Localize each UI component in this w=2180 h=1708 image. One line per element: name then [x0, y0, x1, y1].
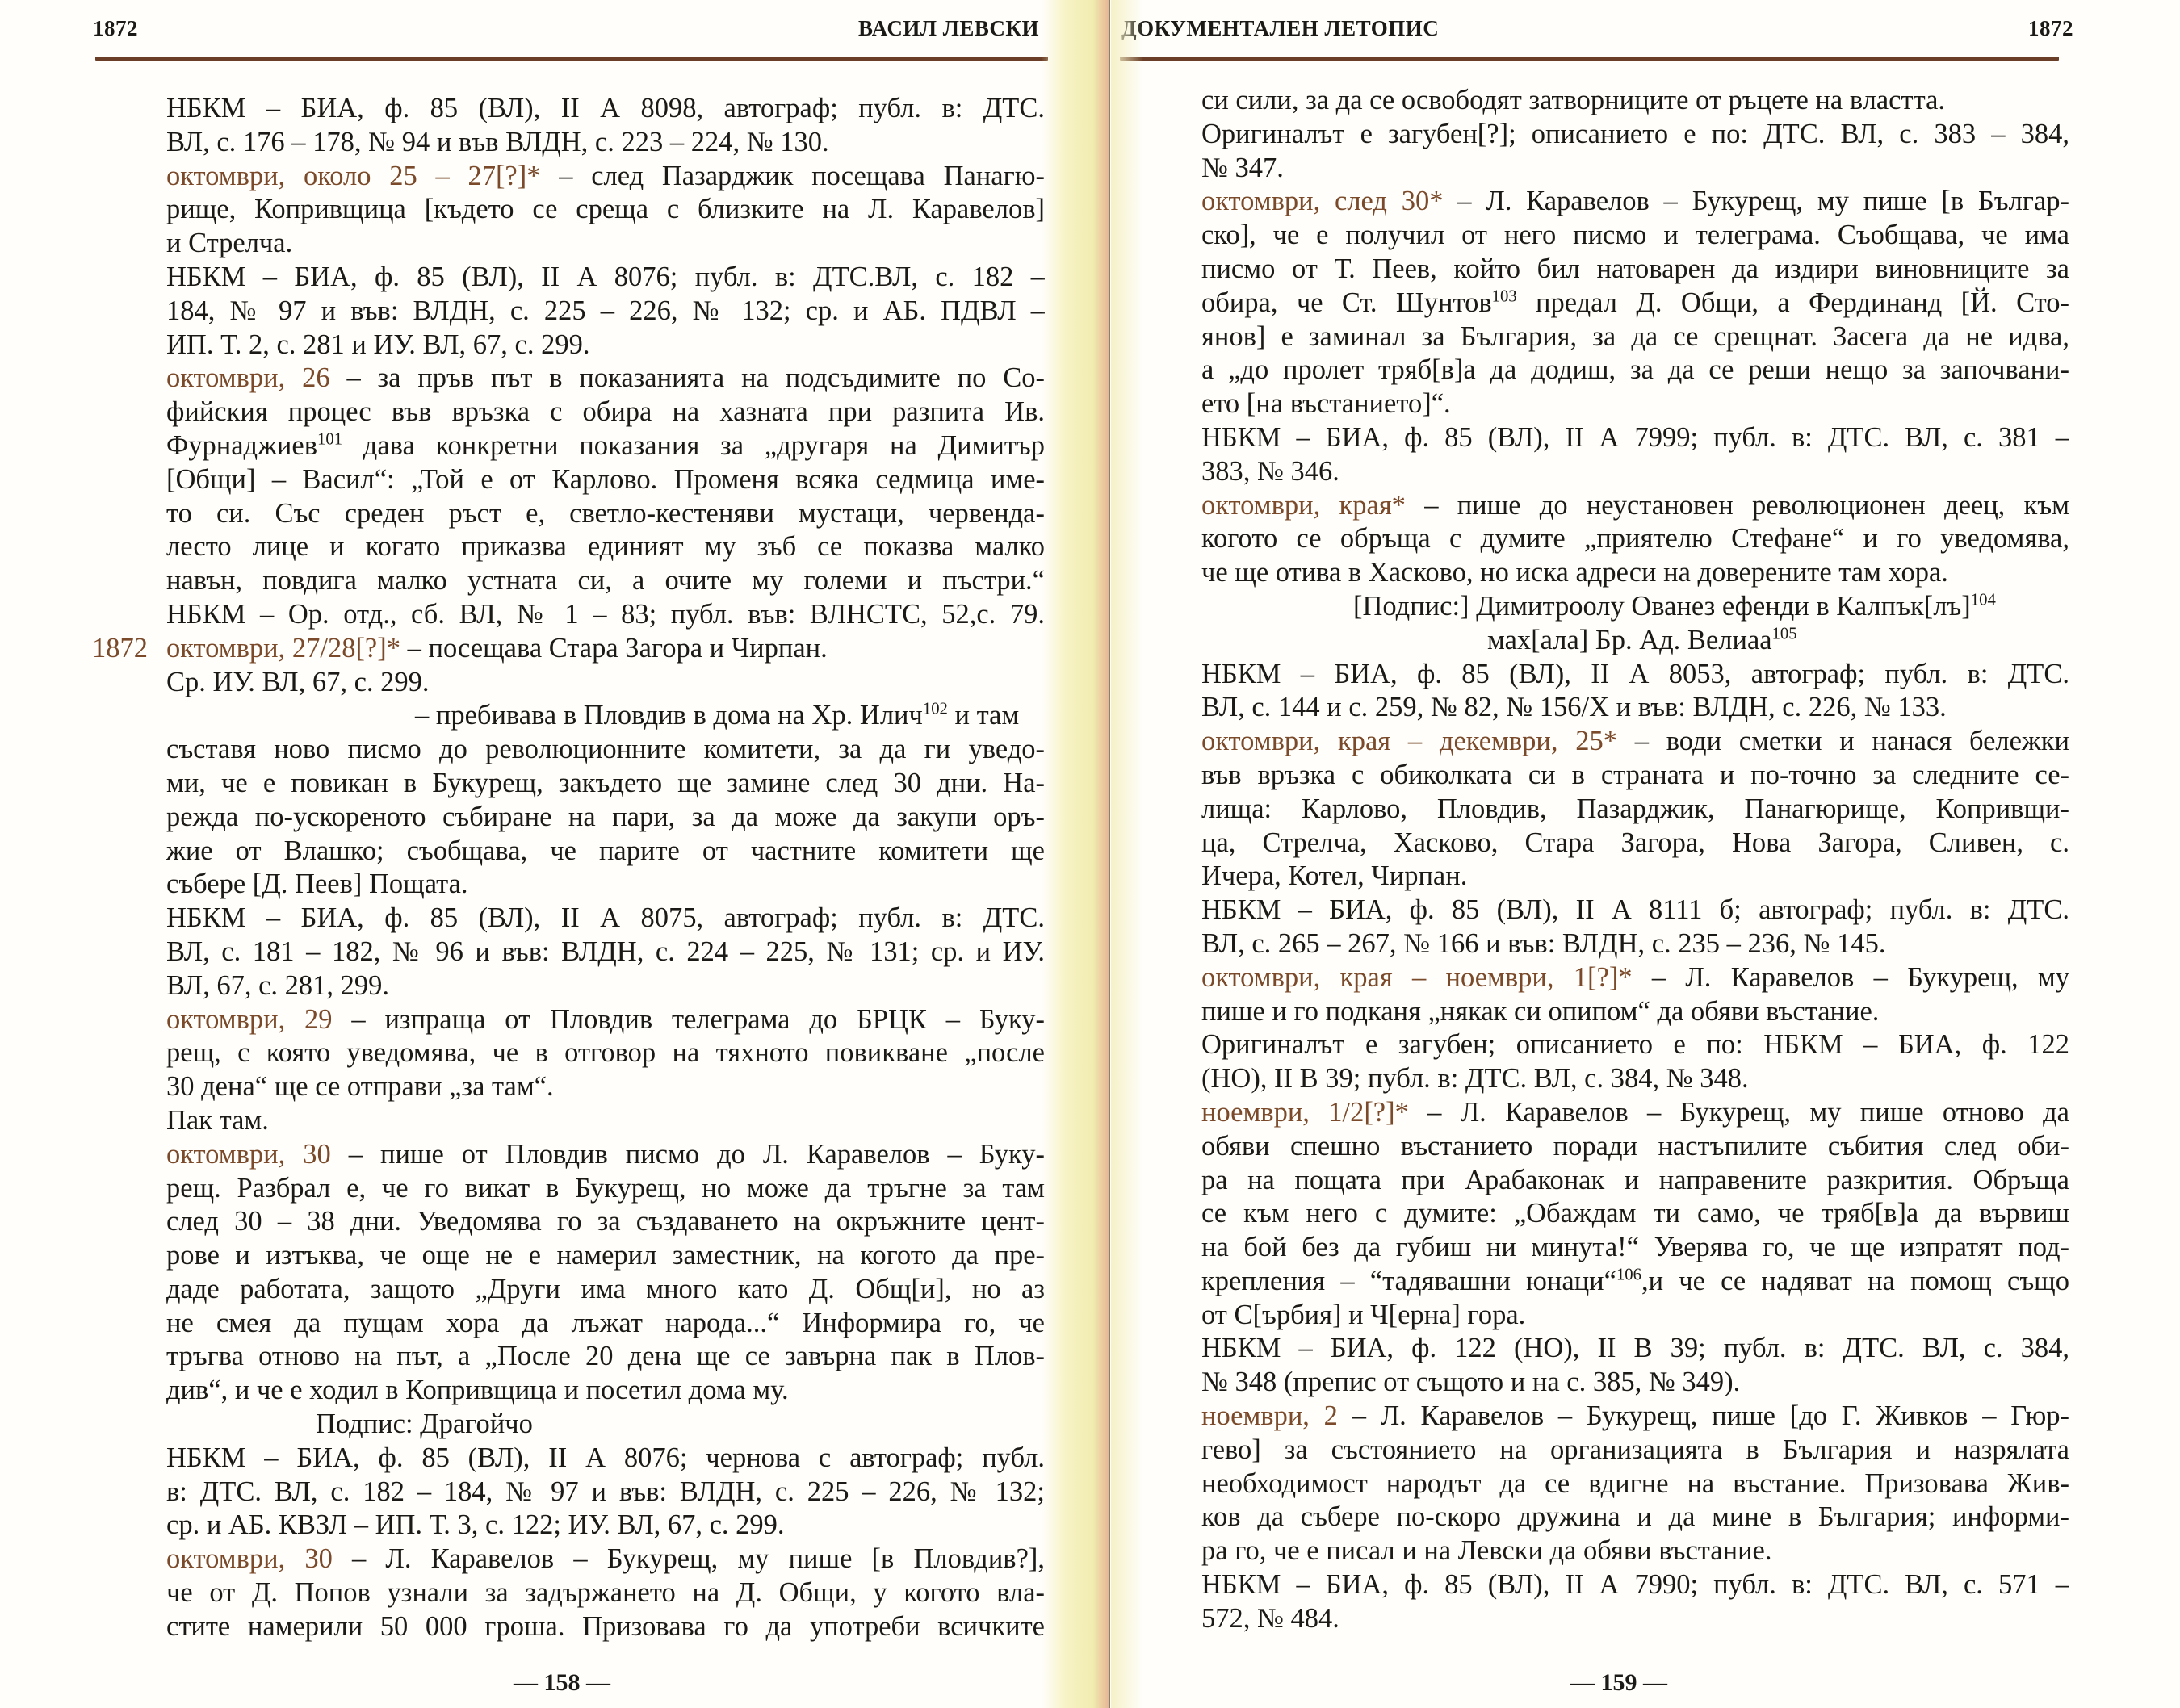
line-text: обяви спешно въстанието поради настъпили…	[1201, 1131, 2069, 1162]
text-line: гево] за състоянието на организацията в …	[1201, 1434, 2069, 1467]
line-text: че от Д. Попов узнали за задържането на …	[166, 1577, 1045, 1608]
line-text: след 30 – 38 дни. Уведомява го за създав…	[166, 1206, 1045, 1237]
line-text: стите намерили 50 000 гроша. Призовава г…	[166, 1611, 1045, 1642]
line-text: Пак там.	[166, 1105, 269, 1136]
entry-date: октомври, края*	[1201, 490, 1406, 521]
line-text: крепления – “тадявашни юнаци“	[1201, 1266, 1616, 1296]
line-text: (НО), II В 39; публ. в: ДТС. ВЛ, с. 384,…	[1201, 1063, 1749, 1094]
header-rule	[95, 57, 1048, 61]
line-text: даде работата, защото „Други има много к…	[166, 1274, 1045, 1304]
text-line: [Общи] – Васил“: „Той е от Карлово. Пром…	[166, 463, 1045, 497]
line-text: фийския процес във връзка с обира на хаз…	[166, 396, 1045, 427]
line-text: НБКМ – БИА, ф. 85 (ВЛ), II А 8053, автог…	[1201, 659, 2069, 689]
left-body-text: НБКМ – БИА, ф. 85 (ВЛ), II А 8098, автог…	[166, 92, 1045, 1644]
footnote-ref: 103	[1492, 287, 1517, 305]
line-text: ср. и АБ. КВЗЛ – ИП. Т. 3, с. 122; ИУ. В…	[166, 1509, 785, 1540]
line-text: рове и изтъква, че още не е намерил заме…	[166, 1240, 1045, 1271]
line-text: писмо от Т. Пеев, който бил натоварен да…	[1201, 253, 2069, 284]
line-text: Подпис: Драгойчо	[316, 1409, 533, 1439]
text-line: ми, че е повикан в Букурещ, закъдето ще …	[166, 767, 1045, 801]
text-line: НБКМ – Ор. отд., сб. ВЛ, № 1 – 83; публ.…	[166, 598, 1045, 632]
text-line: съставя ново писмо до революционните ком…	[166, 733, 1045, 767]
text-line: събере [Д. Пеев] Пощата.	[166, 868, 1045, 902]
line-text: необходимост народът да се вдигне на въс…	[1201, 1468, 2069, 1499]
text-line: писмо от Т. Пеев, който бил натоварен да…	[1201, 253, 2069, 287]
text-line: тръгва отново на път, а „После 20 дена щ…	[166, 1340, 1045, 1374]
text-line: ИП. Т. 2, с. 281 и ИУ. ВЛ, 67, с. 299.	[166, 329, 1045, 362]
line-text: лесто лице и когато приказва единият му …	[166, 531, 1045, 562]
line-text: – посещава Стара Загора и Чирпан.	[400, 633, 828, 664]
text-line: навън, повдига малко устната си, а очите…	[166, 564, 1045, 598]
header-rule	[1120, 57, 2059, 61]
text-line: на бой без да губиш ни минута!“ Уверява …	[1201, 1231, 2069, 1265]
chronicle-entry-start: 1872октомври, около 25 – 27[?]* – след П…	[166, 160, 1045, 194]
text-line: НБКМ – БИА, ф. 85 (ВЛ), II А 8076; черно…	[166, 1442, 1045, 1476]
line-text: ВЛ, с. 265 – 267, № 166 и във: ВЛДН, с. …	[1201, 928, 1885, 959]
line-text: Ср. ИУ. ВЛ, 67, с. 299.	[166, 667, 430, 697]
text-line: си сили, за да се освободят затворниците…	[1201, 84, 2069, 118]
line-text: ето [на въстанието]“.	[1201, 388, 1451, 419]
text-line: от С[ърбия] и Ч[ерна] гора.	[1201, 1299, 2069, 1333]
entry-year: 1872	[92, 632, 148, 666]
line-text: 572, № 484.	[1201, 1603, 1339, 1634]
line-text: НБКМ – БИА, ф. 85 (ВЛ), II А 7990; публ.…	[1201, 1569, 2069, 1600]
line-text: – води сметки и нанася бележки	[1617, 726, 2069, 756]
text-line: ср. и АБ. КВЗЛ – ИП. Т. 3, с. 122; ИУ. В…	[166, 1509, 1045, 1543]
text-line: се към него с думите: „Обаждам ти само, …	[1201, 1197, 2069, 1231]
text-line: НБКМ – БИА, ф. 85 (ВЛ), II А 7999; публ.…	[1201, 421, 2069, 455]
line-text: ра го, че е писал и на Левски да обяви в…	[1201, 1535, 1771, 1566]
footnote-ref: 106	[1616, 1266, 1641, 1283]
text-line: след 30 – 38 дни. Уведомява го за създав…	[166, 1205, 1045, 1239]
line-text: № 347.	[1201, 153, 1284, 183]
line-text: рещ. Разбрал е, че го викат в Букурещ, н…	[166, 1173, 1045, 1204]
text-line: обяви спешно въстанието поради настъпили…	[1201, 1130, 2069, 1164]
chronicle-entry-start: 1872октомври, 26 – за пръв път в показан…	[166, 362, 1045, 396]
line-text: Ичера, Котел, Чирпан.	[1201, 860, 1467, 891]
line-text: 30 дена“ ще се отправи „за там“.	[166, 1071, 554, 1102]
line-text: НБКМ – БИА, ф. 85 (ВЛ), II А 8098, автог…	[166, 93, 1045, 123]
line-text: [Общи] – Васил“: „Той е от Карлово. Пром…	[166, 464, 1045, 495]
entry-date: октомври, 30	[166, 1543, 333, 1574]
line-text: ВЛ, 67, с. 281, 299.	[166, 970, 389, 1001]
text-line: НБКМ – БИА, ф. 85 (ВЛ), II А 8053, автог…	[1201, 658, 2069, 692]
line-text: на бой без да губиш ни минута!“ Уверява …	[1201, 1232, 2069, 1262]
line-text: НБКМ – БИА, ф. 85 (ВЛ), II А 8075, автог…	[166, 902, 1045, 933]
chronicle-entry-start: 1872октомври, 27/28[?]* – посещава Стара…	[166, 632, 1045, 666]
text-line: Фурнаджиев101 дава конкретни показания з…	[166, 429, 1045, 463]
line-text: НБКМ – БИА, ф. 85 (ВЛ), II А 7999; публ.…	[1201, 422, 2069, 453]
line-text: и там	[948, 700, 1019, 731]
line-text: съставя ново писмо до революционните ком…	[166, 734, 1045, 764]
entry-date: октомври, края – ноември, 1[?]*	[1201, 962, 1633, 993]
line-text: – пише до неустановен революционен деец,…	[1406, 490, 2069, 521]
text-line: пише и го подканя „някак си опипом“ да о…	[1201, 995, 2069, 1029]
text-line: 184, № 97 и във: ВЛДН, с. 225 – 226, № 1…	[166, 295, 1045, 329]
line-text: – за пръв път в показанията на подсъдими…	[330, 362, 1045, 393]
entry-date: октомври, 29	[166, 1004, 333, 1035]
text-line: лесто лице и когато приказва единият му …	[166, 530, 1045, 564]
gutter-shadow	[1042, 0, 1110, 1708]
line-text: предал Д. Общи, а Фердинанд [Й. Сто-	[1517, 287, 2069, 318]
entry-date: октомври, 26	[166, 362, 330, 393]
text-line: – пребивава в Пловдив в дома на Хр. Илич…	[166, 699, 1045, 733]
line-text: мах[ала] Бр. Ад. Велиаа	[1487, 625, 1772, 655]
chronicle-entry-start: 1872ноември, 1/2[?]* – Л. Каравелов – Бу…	[1201, 1096, 2069, 1130]
running-head-title: ВАСИЛ ЛЕВСКИ	[858, 16, 1039, 41]
text-line: ВЛ, с. 176 – 178, № 94 и във ВЛДН, с. 22…	[166, 126, 1045, 160]
text-line: фийския процес във връзка с обира на хаз…	[166, 396, 1045, 429]
line-text: НБКМ – БИА, ф. 85 (ВЛ), II А 8076; черно…	[166, 1442, 1045, 1473]
text-line: ско], че е получил от него писмо и телег…	[1201, 219, 2069, 253]
page-number: — 158 —	[514, 1669, 610, 1697]
page-159: ДОКУМЕНТАЛЕН ЛЕТОПИС 1872 си сили, за да…	[1110, 0, 2180, 1708]
text-line: в: ДТС. ВЛ, с. 182 – 184, № 97 и във: ВЛ…	[166, 1476, 1045, 1509]
text-line: янов] е заминал за България, за да се ср…	[1201, 320, 2069, 354]
text-line: ето [на въстанието]“.	[1201, 387, 2069, 421]
text-line: то си. Със среден ръст е, светло-кестеня…	[166, 497, 1045, 531]
line-text: ВЛ, с. 176 – 178, № 94 и във ВЛДН, с. 22…	[166, 127, 829, 157]
text-line: стите намерили 50 000 гроша. Призовава г…	[166, 1610, 1045, 1644]
line-text: ков да събере по-скоро дружина и да мине…	[1201, 1501, 2069, 1532]
entry-date: октомври, 27/28[?]*	[166, 633, 400, 664]
footnote-ref: 104	[1971, 591, 1996, 609]
entry-date: октомври, края – декември, 25*	[1201, 726, 1617, 756]
text-line: а „до пролет тряб[в]а да додиш, за да се…	[1201, 354, 2069, 387]
line-text: ВЛ, с. 144 и с. 259, № 82, № 156/X и във…	[1201, 692, 1947, 722]
line-text: 383, № 346.	[1201, 456, 1339, 487]
gutter-shadow-right	[1111, 0, 1143, 1708]
entry-date: ноември, 1/2[?]*	[1201, 1097, 1409, 1128]
line-text: – пребивава в Пловдив в дома на Хр. Илич	[415, 700, 923, 731]
text-line: НБКМ – БИА, ф. 85 (ВЛ), II А 8076; публ.…	[166, 261, 1045, 295]
line-text: НБКМ – БИА, ф. 85 (ВЛ), II А 8076; публ.…	[166, 262, 1045, 292]
text-line: НБКМ – БИА, ф. 85 (ВЛ), II А 8111 б; авт…	[1201, 894, 2069, 927]
text-line: Подпис: Драгойчо	[166, 1408, 1045, 1442]
line-text: от С[ърбия] и Ч[ерна] гора.	[1201, 1300, 1525, 1330]
chronicle-entry-start: 1872октомври, след 30* – Л. Каравелов – …	[1201, 185, 2069, 219]
line-text: че ще отива в Хасково, но иска адреси на…	[1201, 557, 1948, 588]
entry-date: октомври, след 30*	[1201, 186, 1444, 216]
line-text: НБКМ – БИА, ф. 122 (НО), II В 39; публ. …	[1201, 1333, 2069, 1363]
chronicle-entry-start: 1872ноември, 2 – Л. Каравелов – Букурещ,…	[1201, 1400, 2069, 1434]
text-line: (НО), II В 39; публ. в: ДТС. ВЛ, с. 384,…	[1201, 1062, 2069, 1096]
line-text: див“, и че е ходил в Копривщица и посети…	[166, 1375, 789, 1405]
text-line: 572, № 484.	[1201, 1602, 2069, 1636]
text-line: Пак там.	[166, 1104, 1045, 1138]
text-line: ВЛ, 67, с. 281, 299.	[166, 969, 1045, 1003]
text-line: № 347.	[1201, 152, 2069, 186]
line-text: жие от Влашко; съобщава, че парите от ча…	[166, 835, 1045, 866]
text-line: Оригиналът е загубен; описанието е по: Н…	[1201, 1028, 2069, 1062]
entry-date: октомври, 30	[166, 1139, 331, 1170]
line-text: то си. Със среден ръст е, светло-кестеня…	[166, 498, 1045, 529]
text-line: мах[ала] Бр. Ад. Велиаа105	[1201, 624, 2069, 658]
text-line: необходимост народът да се вдигне на въс…	[1201, 1467, 2069, 1501]
running-head-title: ДОКУМЕНТАЛЕН ЛЕТОПИС	[1121, 16, 1439, 41]
line-text: събере [Д. Пеев] Пощата.	[166, 869, 468, 899]
line-text: а „до пролет тряб[в]а да додиш, за да се…	[1201, 354, 2069, 385]
line-text: рещ, с която уведомява, че в отговор на …	[166, 1037, 1045, 1068]
line-text: – пише от Пловдив писмо до Л. Каравелов …	[331, 1139, 1045, 1170]
text-line: рище, Копривщица [където се среща с близ…	[166, 193, 1045, 227]
text-line: лища: Карлово, Пловдив, Пазарджик, Панаг…	[1201, 793, 2069, 827]
line-text: тръгва отново на път, а „После 20 дена щ…	[166, 1341, 1045, 1371]
line-text: във връзка с обиколката си в страната и …	[1201, 760, 2069, 790]
text-line: жие от Влашко; съобщава, че парите от ча…	[166, 835, 1045, 869]
text-line: ра на пощата при Арабаконак и направенит…	[1201, 1164, 2069, 1198]
line-text: НБКМ – Ор. отд., сб. ВЛ, № 1 – 83; публ.…	[166, 599, 1045, 630]
line-text: ,и че се надяват на помощ също	[1641, 1266, 2069, 1296]
text-line: когото се обръща с думите „приятелю Стеф…	[1201, 522, 2069, 556]
text-line: 30 дена“ ще се отправи „за там“.	[166, 1070, 1045, 1104]
chronicle-entry-start: 1872октомври, края – декември, 25* – вод…	[1201, 725, 2069, 759]
line-text: – Л. Каравелов – Букурещ, пише [до Г. Жи…	[1338, 1400, 2069, 1431]
line-text: – Л. Каравелов – Букурещ, му пише отново…	[1409, 1097, 2069, 1128]
line-text: дава конкретни показания за „другаря на …	[342, 430, 1045, 461]
line-text: не смея да пущам хора да лъжат народа...…	[166, 1308, 1045, 1338]
line-text: гево] за състоянието на организацията в …	[1201, 1434, 2069, 1465]
line-text: ра на пощата при Арабаконак и направенит…	[1201, 1165, 2069, 1195]
footnote-ref: 101	[317, 430, 342, 448]
line-text: – изпраща от Пловдив телеграма до БРЦК –…	[333, 1004, 1045, 1035]
chronicle-entry-start: 1872октомври, 29 – изпраща от Пловдив те…	[166, 1003, 1045, 1037]
line-text: Оригиналът е загубен[?]; описанието е по…	[1201, 119, 2069, 149]
chronicle-entry-start: 1872октомври, 30 – Л. Каравелов – Букуре…	[166, 1543, 1045, 1576]
text-line: Ичера, Котел, Чирпан.	[1201, 860, 2069, 894]
text-line: че от Д. Попов узнали за задържането на …	[166, 1576, 1045, 1610]
line-text: Фурнаджиев	[166, 430, 317, 461]
footnote-ref: 102	[923, 701, 948, 718]
line-text: – Л. Каравелов – Букурещ, му пише [в Бъл…	[1444, 186, 2069, 216]
entry-date: ноември, 2	[1201, 1400, 1338, 1431]
right-body-text: си сили, за да се освободят затворниците…	[1201, 84, 2069, 1636]
line-text: когото се обръща с думите „приятелю Стеф…	[1201, 523, 2069, 554]
line-text: – Л. Каравелов – Букурещ, му	[1633, 962, 2069, 993]
line-text: № 348 (препис от същото и на с. 385, № 3…	[1201, 1367, 1740, 1397]
text-line: не смея да пущам хора да лъжат народа...…	[166, 1307, 1045, 1341]
running-head-year: 1872	[2028, 16, 2073, 41]
line-text: навън, повдига малко устната си, а очите…	[166, 565, 1045, 596]
text-line: ра го, че е писал и на Левски да обяви в…	[1201, 1534, 2069, 1568]
line-text: – след Пазарджик посещава Панагю-	[540, 161, 1045, 191]
text-line: див“, и че е ходил в Копривщица и посети…	[166, 1374, 1045, 1408]
line-text: янов] е заминал за България, за да се ср…	[1201, 321, 2069, 352]
line-text: режда по-ускореното събиране на пари, за…	[166, 802, 1045, 832]
line-text: НБКМ – БИА, ф. 85 (ВЛ), II А 8111 б; авт…	[1201, 894, 2069, 925]
text-line: рещ. Разбрал е, че го викат в Букурещ, н…	[166, 1172, 1045, 1206]
page-number: — 159 —	[1570, 1669, 1667, 1697]
text-line: рове и изтъква, че още не е намерил заме…	[166, 1239, 1045, 1273]
line-text: ИП. Т. 2, с. 281 и ИУ. ВЛ, 67, с. 299.	[166, 329, 589, 360]
text-line: че ще отива в Хасково, но иска адреси на…	[1201, 556, 2069, 590]
line-text: [Подпис:] Димитроолу Ованез ефенди в Кал…	[1353, 591, 1971, 622]
line-text: ВЛ, с. 181 – 182, № 96 и във: ВЛДН, с. 2…	[166, 936, 1045, 967]
text-line: рещ, с която уведомява, че в отговор на …	[166, 1036, 1045, 1070]
text-line: НБКМ – БИА, ф. 85 (ВЛ), II А 7990; публ.…	[1201, 1568, 2069, 1602]
line-text: – Л. Каравелов – Букурещ, му пише [в Пло…	[333, 1543, 1045, 1574]
line-text: ми, че е повикан в Букурещ, закъдето ще …	[166, 768, 1045, 798]
text-line: НБКМ – БИА, ф. 122 (НО), II В 39; публ. …	[1201, 1332, 2069, 1366]
text-line: Оригиналът е загубен[?]; описанието е по…	[1201, 118, 2069, 152]
text-line: обира, че Ст. Шунтов103 предал Д. Общи, …	[1201, 287, 2069, 320]
line-text: рище, Копривщица [където се среща с близ…	[166, 194, 1045, 224]
line-text: 184, № 97 и във: ВЛДН, с. 225 – 226, № 1…	[166, 295, 1045, 326]
text-line: даде работата, защото „Други има много к…	[166, 1273, 1045, 1307]
text-line: ВЛ, с. 181 – 182, № 96 и във: ВЛДН, с. 2…	[166, 936, 1045, 969]
line-text: обира, че Ст. Шунтов	[1201, 287, 1492, 318]
text-line: и Стрелча.	[166, 227, 1045, 261]
footnote-ref: 105	[1772, 625, 1797, 643]
text-line: Ср. ИУ. ВЛ, 67, с. 299.	[166, 666, 1045, 700]
text-line: НБКМ – БИА, ф. 85 (ВЛ), II А 8098, автог…	[166, 92, 1045, 126]
text-line: режда по-ускореното събиране на пари, за…	[166, 801, 1045, 835]
text-line: във връзка с обиколката си в страната и …	[1201, 759, 2069, 793]
line-text: лища: Карлово, Пловдив, Пазарджик, Панаг…	[1201, 793, 2069, 824]
text-line: ков да събере по-скоро дружина и да мине…	[1201, 1501, 2069, 1534]
chronicle-entry-start: 1872октомври, края* – пише до неустанове…	[1201, 489, 2069, 523]
line-text: Оригиналът е загубен; описанието е по: Н…	[1201, 1029, 2069, 1060]
text-line: ВЛ, с. 265 – 267, № 166 и във: ВЛДН, с. …	[1201, 927, 2069, 961]
text-line: ВЛ, с. 144 и с. 259, № 82, № 156/X и във…	[1201, 691, 2069, 725]
text-line: ца, Стрелча, Хасково, Стара Загора, Нова…	[1201, 827, 2069, 860]
chronicle-entry-start: 1872октомври, 30 – пише от Пловдив писмо…	[166, 1138, 1045, 1172]
chronicle-entry-start: 1872октомври, края – ноември, 1[?]* – Л.…	[1201, 961, 2069, 995]
line-text: пише и го подканя „някак си опипом“ да о…	[1201, 996, 1879, 1027]
line-text: и Стрелча.	[166, 228, 292, 258]
text-line: № 348 (препис от същото и на с. 385, № 3…	[1201, 1366, 2069, 1400]
line-text: се към него с думите: „Обаждам ти само, …	[1201, 1198, 2069, 1229]
line-text: ско], че е получил от него писмо и телег…	[1201, 220, 2069, 250]
text-line: [Подпис:] Димитроолу Ованез ефенди в Кал…	[1201, 590, 2069, 624]
running-head-year: 1872	[93, 16, 138, 41]
line-text: си сили, за да се освободят затворниците…	[1201, 85, 1945, 115]
text-line: 383, № 346.	[1201, 455, 2069, 489]
text-line: НБКМ – БИА, ф. 85 (ВЛ), II А 8075, автог…	[166, 902, 1045, 936]
line-text: ца, Стрелча, Хасково, Стара Загора, Нова…	[1201, 827, 2069, 858]
page-158: 1872 ВАСИЛ ЛЕВСКИ НБКМ – БИА, ф. 85 (ВЛ)…	[0, 0, 1110, 1708]
text-line: крепления – “тадявашни юнаци“106,и че се…	[1201, 1265, 2069, 1299]
line-text: в: ДТС. ВЛ, с. 182 – 184, № 97 и във: ВЛ…	[166, 1476, 1045, 1507]
entry-date: октомври, около 25 – 27[?]*	[166, 161, 540, 191]
